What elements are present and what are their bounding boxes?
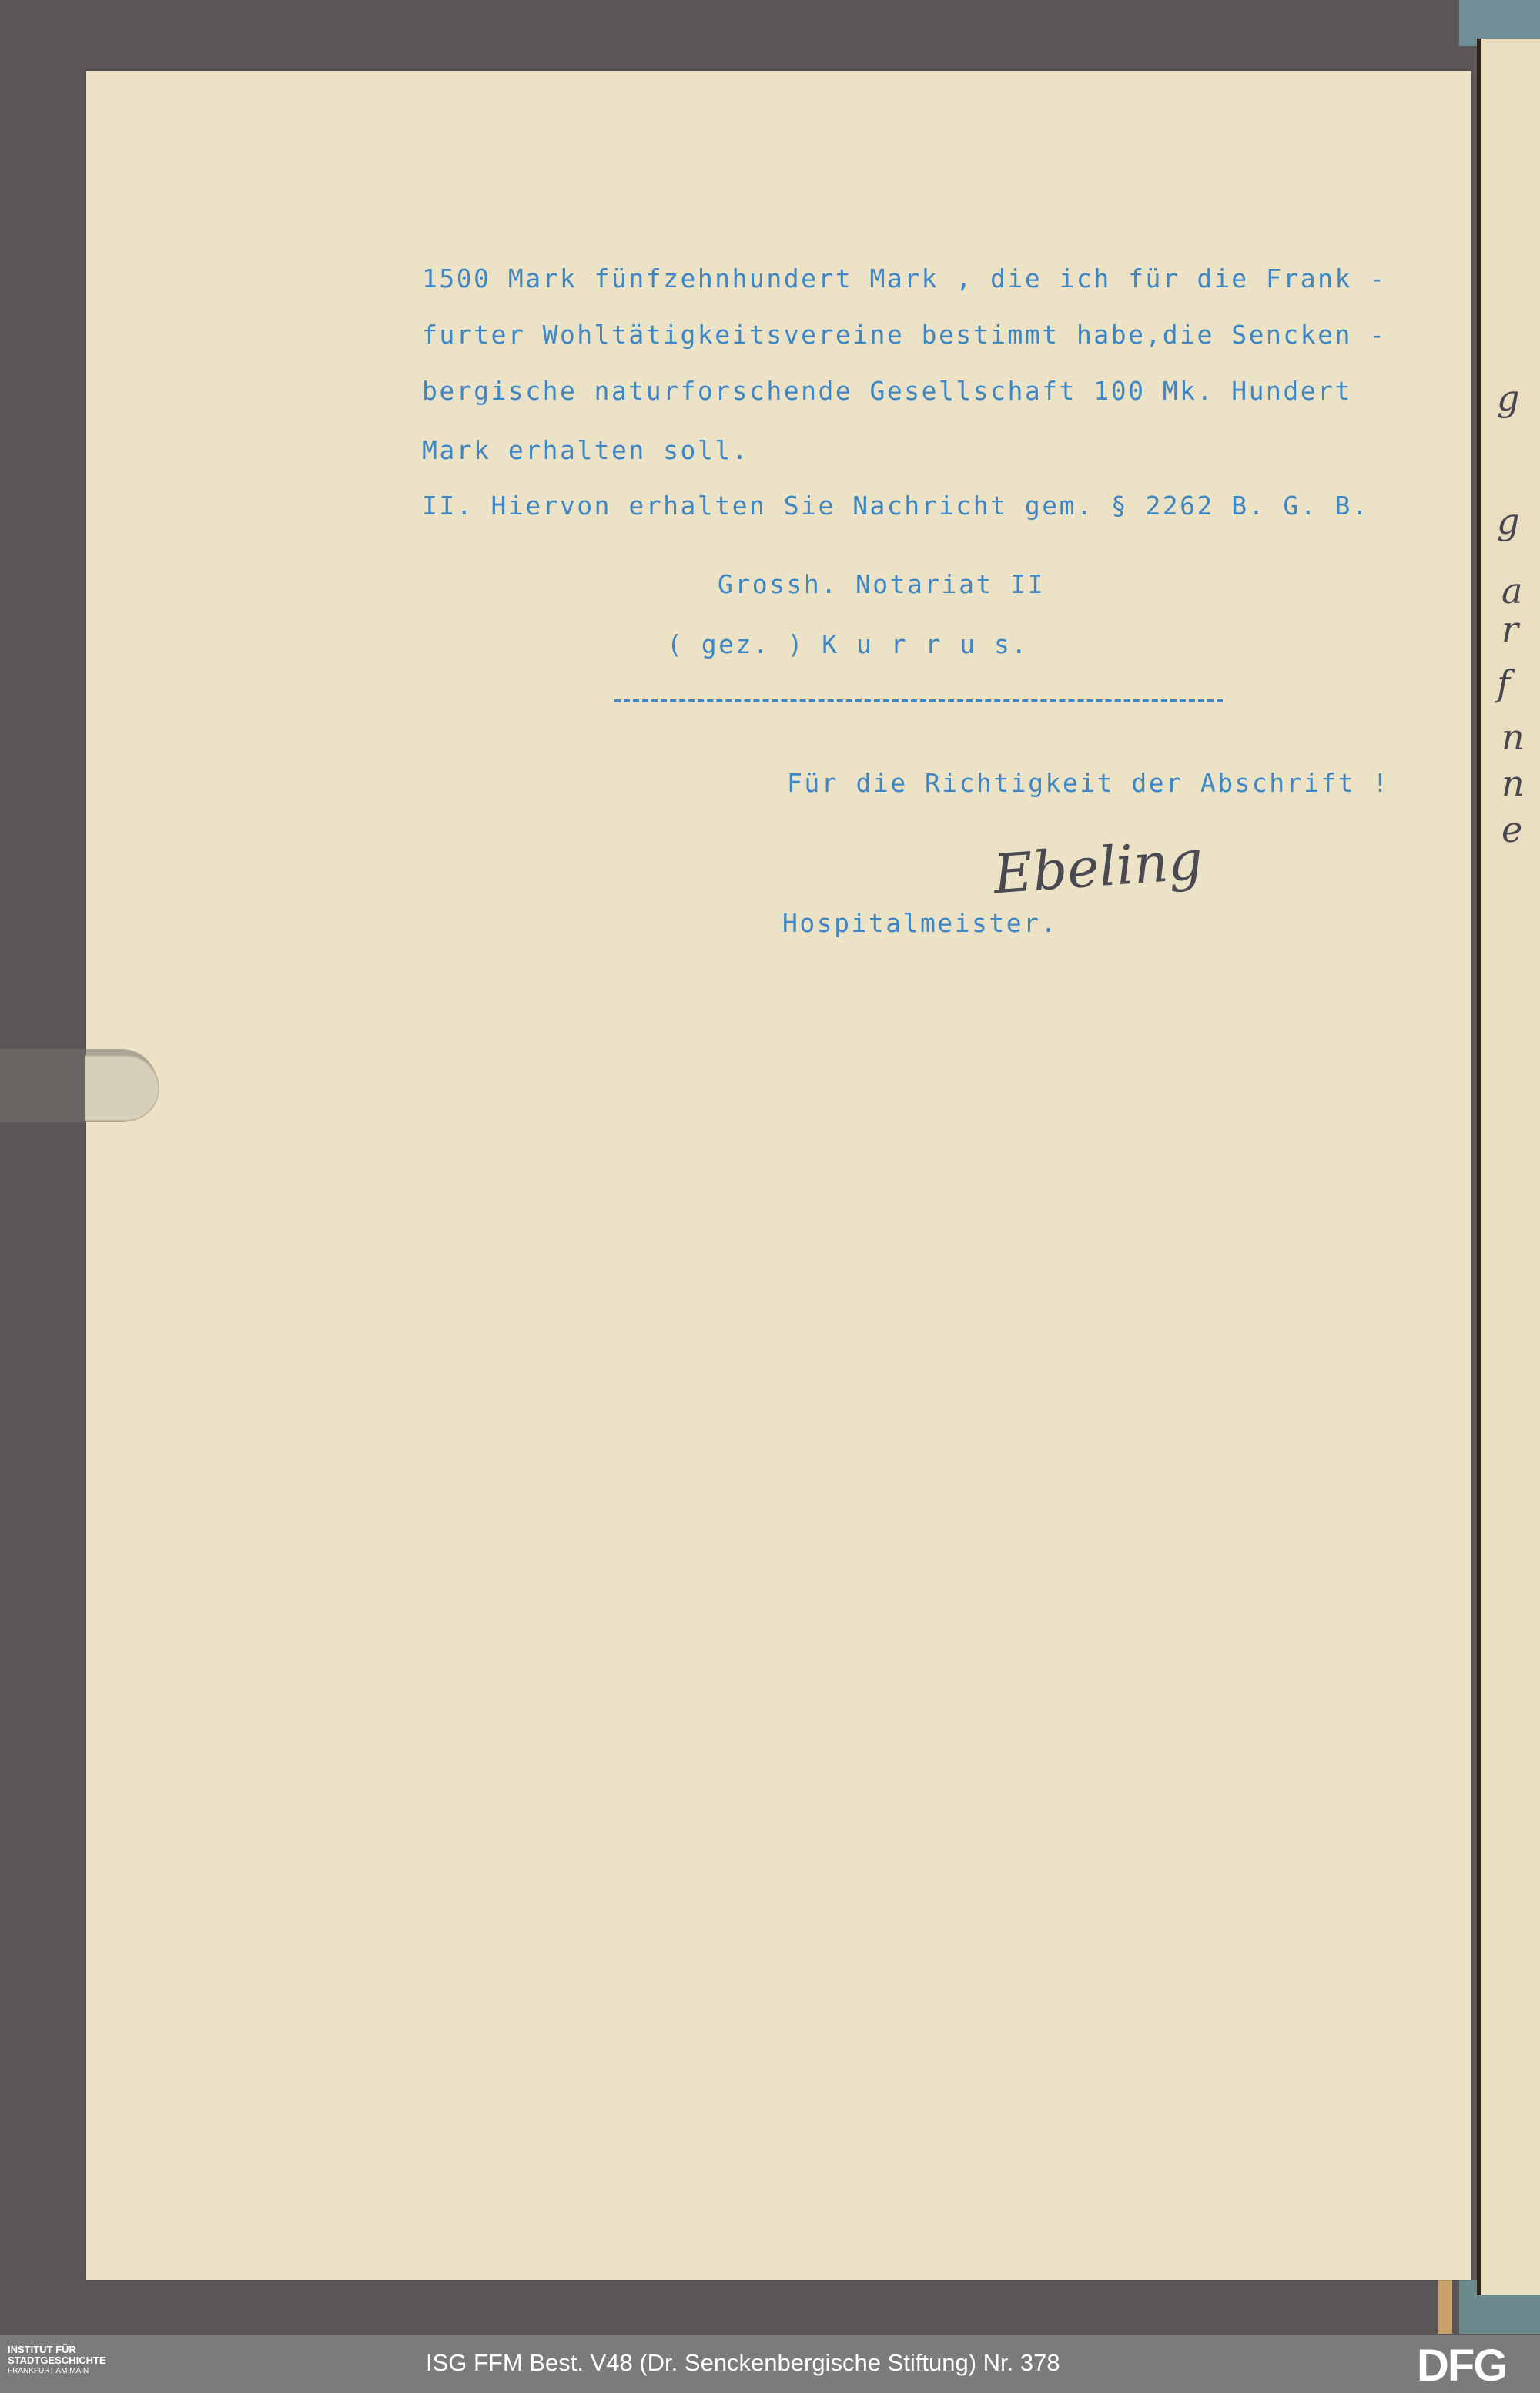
dfg-logo: DFG (1417, 2340, 1506, 2391)
handwriting-fragment: a (1501, 570, 1522, 612)
handwriting-fragment: e (1501, 809, 1522, 850)
body-line-5: II. Hiervon erhalten Sie Nachricht gem. … (422, 493, 1369, 518)
attestation-text: Für die Richtigkeit der Abschrift ! (787, 770, 1390, 796)
handwriting-fragment: g (1497, 377, 1519, 419)
institute-name-1: INSTITUT FÜR (8, 2344, 106, 2355)
folder-spine (1438, 2280, 1452, 2334)
institute-logo: INSTITUT FÜR STADTGESCHICHTE FRANKFURT A… (8, 2344, 106, 2377)
notary-signed: ( gez. ) K u r r u s. (667, 632, 1029, 657)
divider-dashed (614, 699, 1223, 702)
page-clip-tip (85, 1055, 159, 1121)
institute-city: FRANKFURT AM MAIN (8, 2366, 106, 2377)
archive-reference: ISG FFM Best. V48 (Dr. Senckenbergische … (426, 2349, 1060, 2377)
signatory-role: Hospitalmeister. (782, 910, 1058, 936)
handwriting-fragment: n (1501, 716, 1525, 758)
body-line-1: 1500 Mark fünfzehnhundert Mark , die ich… (422, 266, 1387, 291)
body-line-3: bergische naturforschende Gesellschaft 1… (422, 378, 1352, 404)
handwriting-fragment: g (1497, 501, 1519, 542)
adjacent-page: g g a r f n n e (1477, 39, 1540, 2295)
body-line-2: furter Wohltätigkeitsvereine bestimmt ha… (422, 322, 1387, 347)
notary-office: Grossh. Notariat II (718, 571, 1045, 597)
handwriting-fragment: r (1501, 608, 1518, 650)
handwriting-fragment: f (1497, 662, 1510, 704)
handwriting-fragment: n (1501, 762, 1525, 804)
footer-bar: INSTITUT FÜR STADTGESCHICHTE FRANKFURT A… (0, 2335, 1540, 2393)
body-line-4: Mark erhalten soll. (422, 437, 749, 463)
institute-name-2: STADTGESCHICHTE (8, 2355, 106, 2366)
